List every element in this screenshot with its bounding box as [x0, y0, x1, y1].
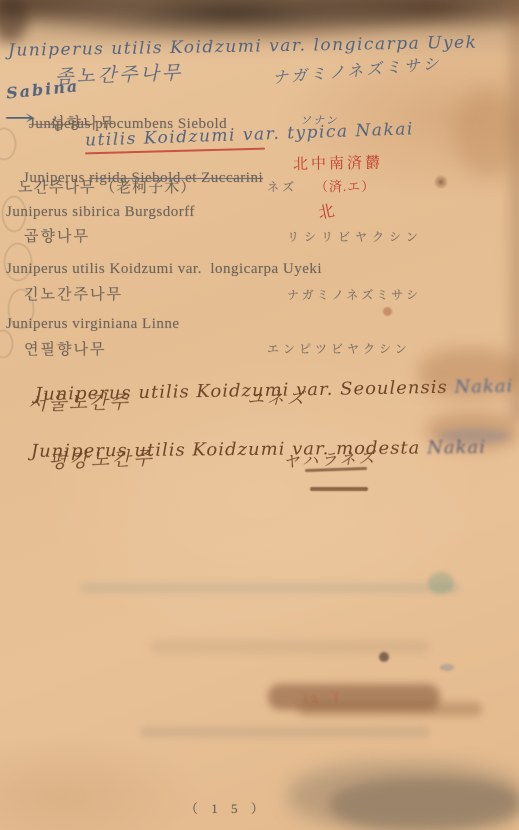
top-left-corner-stain — [0, 0, 28, 42]
page-number: （ 1 5 ） — [185, 798, 269, 817]
brown-ink-dot — [433, 175, 449, 189]
brown-dash-mark — [310, 487, 368, 491]
handwritten-seoulensis-korean: 서울노간주 — [28, 387, 130, 416]
handwritten-modesta-korean: 평강노간주 — [48, 443, 156, 474]
seoulensis-author: Nakai — [454, 376, 513, 398]
entry-rigida-korean: 노간주나무 （老柯子木） — [18, 176, 196, 197]
modesta-author: Nakai — [427, 437, 486, 459]
small-rust-dot — [383, 307, 392, 316]
entry-longicarpa-korean: 긴노간주나무 — [24, 283, 123, 304]
entry-sibirica-korean: 곱향나무 — [24, 225, 90, 246]
red-north-note: 北 — [316, 198, 336, 224]
entry-sibirica-kana: リシリビヤクシン — [287, 228, 423, 245]
teal-bleed-hook — [428, 572, 454, 594]
handwritten-species-top: Juniperus utilis Koidzumi var. longicarp… — [8, 31, 519, 61]
faint-bleed-smear-2 — [140, 726, 430, 738]
bottom-right-smudge — [288, 762, 519, 830]
scanned-page: Y. pi Juniperus utilis Koidzumi var. lon… — [0, 0, 519, 830]
red-paren-note: （済.エ） — [315, 176, 375, 195]
entry-rigida-kana: ネズ — [267, 178, 297, 195]
blue-speck — [440, 664, 454, 671]
pencil-circle-mark — [0, 330, 13, 358]
entry-sibirica-latin: Juniperus sibirica Burgsdorff — [6, 204, 195, 221]
entry-virginiana-kana: エンピツビヤクシン — [267, 340, 411, 357]
faint-bleed-smear — [150, 640, 430, 654]
mirrored-red-stamp-bleed: Y. pi — [150, 690, 340, 713]
handwritten-seoulensis-kana: ユネズ — [247, 384, 307, 409]
arrow-annotation-icon: → — [4, 106, 35, 131]
entry-virginiana-korean: 연필향나무 — [24, 338, 106, 359]
bottom-right-smudge-2 — [330, 778, 519, 830]
entry-longicarpa-kana: ナガミノネズミサシ — [287, 286, 421, 303]
handwritten-kana-top: ナガミノネズミサシ — [271, 51, 442, 89]
red-distribution-note: 北中南済欝 — [293, 151, 383, 174]
bleedthrough-line — [80, 583, 460, 593]
entry-virginiana-latin: Juniperus virginiana Linne — [6, 316, 180, 333]
right-upper-stain — [455, 88, 519, 178]
entry-longicarpa-latin: Juniperus utilis Koidzumi var. longicarp… — [6, 261, 322, 278]
dark-speck — [379, 652, 389, 662]
